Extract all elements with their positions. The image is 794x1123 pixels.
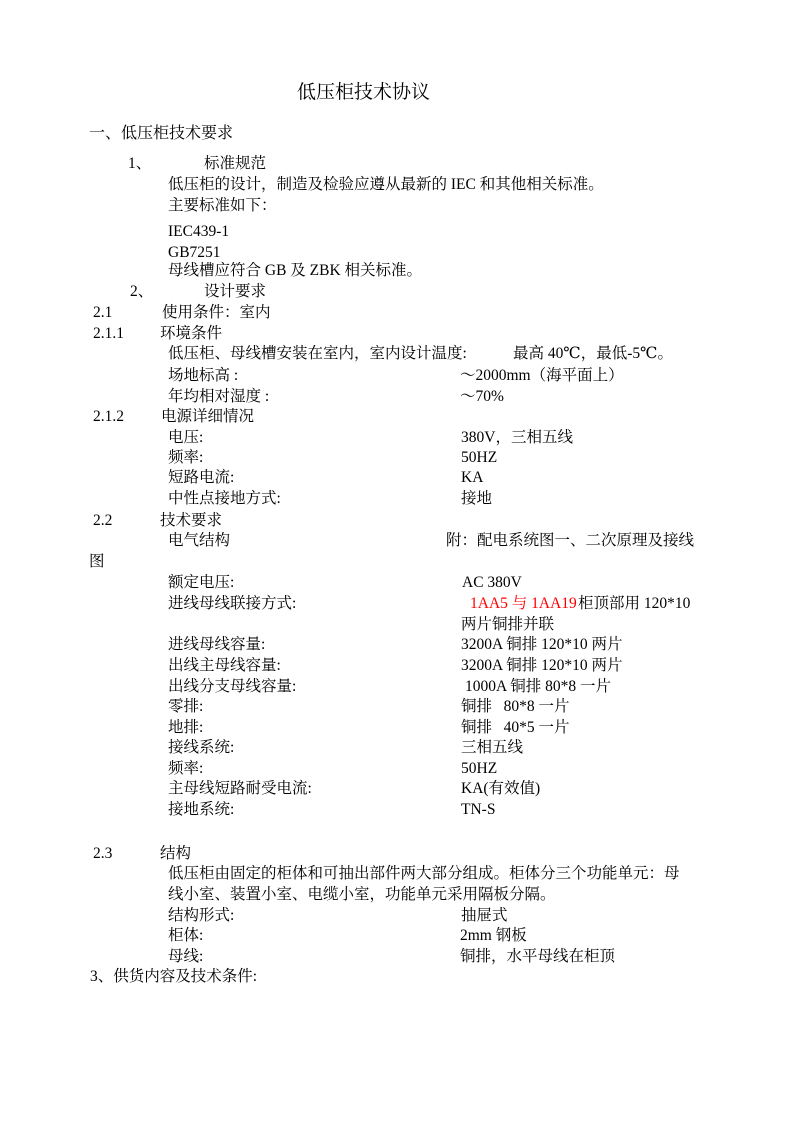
clause-2-1-2: 2.1.2电源详细情况 (0, 406, 794, 428)
clause-number: 2.1 (93, 302, 112, 323)
spec-label: 电气结构 (168, 530, 230, 551)
clause-title: 设计要求 (204, 281, 266, 302)
spec-label: 频率: (168, 447, 203, 468)
spec-row: 年均相对湿度 :～70% (0, 386, 794, 408)
spec-row: 柜体:2mm 钢板 (0, 925, 794, 947)
body-paragraph: 线小室、装置小室、电缆小室，功能单元采用隔板分隔。 (0, 884, 794, 906)
spec-row: 频率:50HZ (0, 447, 794, 469)
spec-value: 两片铜排并联 (461, 614, 554, 635)
spec-label: 场地标高 : (168, 365, 238, 386)
spec-row: 频率:50HZ (0, 758, 794, 780)
clause-number: 2.3 (93, 843, 112, 864)
spec-value: TN-S (461, 799, 495, 820)
spec-row: 接线系统:三相五线 (0, 737, 794, 759)
spec-label: 母线: (168, 946, 203, 967)
spec-value: 抽屉式 (461, 905, 508, 926)
clause-2-3: 2.3结构 (0, 843, 794, 865)
spec-row: 电气结构附：配电系统图一、二次原理及接线 (0, 530, 794, 552)
body-text: 低压柜的设计，制造及检验应遵从最新的 IEC 和其他相关标准。 (168, 174, 604, 195)
spec-row: 短路电流:KA (0, 467, 794, 489)
spec-row: 出线分支母线容量:1000A 铜排 80*8 一片 (0, 676, 794, 698)
clause-3-heading: 3、供货内容及技术条件: (0, 966, 794, 988)
spec-row: 地排:铜排 40*5 一片 (0, 717, 794, 739)
spec-value: 接地 (461, 488, 492, 509)
spec-value: 铜排 40*5 一片 (461, 717, 570, 738)
body-text: IEC439-1 (168, 221, 229, 242)
spec-value: 铜排 80*8 一片 (461, 696, 570, 717)
spec-value: 三相五线 (461, 737, 523, 758)
spec-label: 中性点接地方式: (168, 488, 281, 509)
spec-value: 2mm 钢板 (460, 925, 527, 946)
spec-value: 50HZ (461, 447, 497, 468)
spec-row: 低压柜、母线槽安装在室内，室内设计温度:最高 40℃，最低-5℃。 (0, 343, 794, 365)
clause-number: 2.1.2 (93, 406, 124, 427)
body-paragraph: 低压柜的设计，制造及检验应遵从最新的 IEC 和其他相关标准。 (0, 174, 794, 196)
clause-title: 环境条件 (160, 323, 222, 344)
clause-2-1-1: 2.1.1环境条件 (0, 323, 794, 345)
spec-label: 零排: (168, 696, 203, 717)
spec-row: 接地系统:TN-S (0, 799, 794, 821)
spec-row: 母线:铜排，水平母线在柜顶 (0, 946, 794, 968)
spec-label: 接地系统: (168, 799, 234, 820)
body-text: 母线槽应符合 GB 及 ZBK 相关标准。 (168, 260, 422, 281)
spec-label: 进线母线联接方式: (168, 593, 296, 614)
spec-row: 中性点接地方式:接地 (0, 488, 794, 510)
spec-row: 零排:铜排 80*8 一片 (0, 696, 794, 718)
spec-label: 短路电流: (168, 467, 234, 488)
body-paragraph: 母线槽应符合 GB 及 ZBK 相关标准。 (0, 260, 794, 282)
spec-value: KA(有效值) (461, 778, 540, 799)
spec-value-highlight: 1AA5 与 1AA19 (470, 593, 577, 614)
wrapped-text: 图 (0, 551, 794, 573)
clause-2-heading: 2、设计要求 (0, 281, 794, 303)
standard-item: IEC439-1 (0, 221, 794, 243)
section-heading-1: 一、低压柜技术要求 (0, 123, 794, 145)
spec-row: 出线主母线容量:3200A 铜排 120*10 两片 (0, 655, 794, 677)
clause-number: 1、 (128, 153, 151, 174)
body-paragraph: 主要标准如下： (0, 195, 794, 217)
clause-2-1: 2.1使用条件：室内 (0, 302, 794, 324)
spec-row: 场地标高 :～2000mm（海平面上） (0, 365, 794, 387)
document-title: 低压柜技术协议 (297, 82, 430, 104)
spec-label: 进线母线容量: (168, 634, 265, 655)
spec-label: 地排: (168, 717, 203, 738)
spec-label: 接线系统: (168, 737, 234, 758)
wrapped-text: 两片铜排并联 (0, 614, 794, 636)
spec-label: 年均相对湿度 : (168, 386, 269, 407)
body-text: 图 (89, 551, 105, 572)
spec-label: 出线主母线容量: (168, 655, 281, 676)
body-text: 线小室、装置小室、电缆小室，功能单元采用隔板分隔。 (168, 884, 556, 905)
clause-title: 电源详细情况 (161, 406, 254, 427)
spec-row: 电压:380V，三相五线 (0, 427, 794, 449)
spec-value: 柜顶部用 120*10 (578, 593, 690, 614)
clause-title: 结构 (160, 843, 191, 864)
heading-text: 一、低压柜技术要求 (89, 123, 233, 144)
spec-value: 最高 40℃，最低-5℃。 (513, 343, 673, 364)
body-text: 主要标准如下： (168, 195, 277, 216)
spec-label: 额定电压: (168, 572, 234, 593)
clause-title: 标准规范 (204, 153, 266, 174)
spec-value: 3200A 铜排 120*10 两片 (461, 655, 622, 676)
clause-number: 2、 (130, 281, 153, 302)
spec-row: 进线母线联接方式:1AA5 与 1AA19柜顶部用 120*10 (0, 593, 794, 615)
body-text: 低压柜由固定的柜体和可抽出部件两大部分组成。柜体分三个功能单元：母 (168, 863, 680, 884)
clause-title: 使用条件：室内 (162, 302, 271, 323)
spec-row: 额定电压:AC 380V (0, 572, 794, 594)
spec-label: 电压: (168, 427, 203, 448)
spec-row: 主母线短路耐受电流:KA(有效值) (0, 778, 794, 800)
spec-value: 1000A 铜排 80*8 一片 (465, 676, 611, 697)
spec-value: 附：配电系统图一、二次原理及接线 (446, 530, 694, 551)
spec-label: 频率: (168, 758, 203, 779)
spec-value: 3200A 铜排 120*10 两片 (461, 634, 622, 655)
clause-title: 技术要求 (160, 510, 222, 531)
spec-row: 进线母线容量:3200A 铜排 120*10 两片 (0, 634, 794, 656)
spec-value: ～70% (460, 386, 504, 407)
spec-row: 结构形式:抽屉式 (0, 905, 794, 927)
spec-value: KA (461, 467, 483, 488)
spec-label: 结构形式: (168, 905, 234, 926)
document-page: 低压柜技术协议 一、低压柜技术要求1、标准规范低压柜的设计，制造及检验应遵从最新… (0, 0, 794, 1123)
spec-label: 出线分支母线容量: (168, 676, 296, 697)
spec-label: 柜体: (168, 925, 203, 946)
spec-label: 主母线短路耐受电流: (168, 778, 312, 799)
spec-value: 50HZ (461, 758, 497, 779)
spec-value: AC 380V (462, 572, 522, 593)
clause-2-2: 2.2技术要求 (0, 510, 794, 532)
clause-1-heading: 1、标准规范 (0, 153, 794, 175)
spec-value: 380V，三相五线 (461, 427, 573, 448)
spec-value: 铜排，水平母线在柜顶 (460, 946, 615, 967)
spec-value: ～2000mm（海平面上） (460, 365, 624, 386)
clause-title: 3、供货内容及技术条件: (90, 966, 257, 987)
clause-number: 2.2 (93, 510, 112, 531)
spec-label: 低压柜、母线槽安装在室内，室内设计温度: (168, 343, 467, 364)
clause-number: 2.1.1 (93, 323, 124, 344)
body-paragraph: 低压柜由固定的柜体和可抽出部件两大部分组成。柜体分三个功能单元：母 (0, 863, 794, 885)
